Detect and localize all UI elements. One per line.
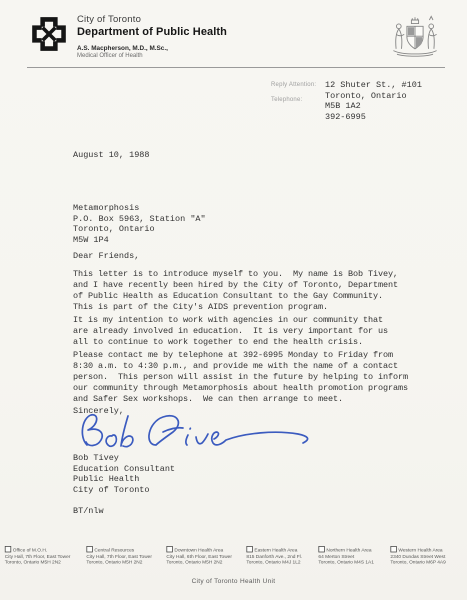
office-name: Downtown Health Area	[174, 548, 223, 553]
typist-initials: BT/nlw	[73, 506, 104, 516]
checkbox-icon	[166, 546, 172, 552]
scanned-letter-page: City of Toronto Department of Public Hea…	[0, 0, 467, 600]
paragraph-1: This letter is to introduce myself to yo…	[73, 269, 398, 313]
sender-address: 12 Shuter St., #101 Toronto, Ontario M5B…	[325, 80, 422, 122]
footer-office: Central Resources City Hall, 7th Floor, …	[86, 546, 164, 566]
office-name: Eastern Health Area	[254, 548, 297, 553]
office-address: 64 Merton Street Toronto, Ontario M4S 1A…	[318, 555, 396, 567]
paragraph-2: It is my intention to work with agencies…	[73, 315, 388, 348]
office-address: 815 Danforth Ave., 2nd Fl. Toronto, Onta…	[246, 555, 324, 567]
letterhead-officer-name: A.S. Macpherson, M.D., M.Sc.,	[77, 45, 227, 52]
footer-office: Eastern Health Area 815 Danforth Ave., 2…	[246, 546, 324, 566]
office-name: Office of M.O.H.	[13, 548, 47, 553]
office-address: City Hall, 7th Floor, East Tower Toronto…	[5, 555, 83, 567]
letterhead-department: Department of Public Health	[77, 26, 227, 38]
footer-office: Downtown Health Area City Hall, 6th Floo…	[166, 546, 244, 566]
handwritten-signature	[70, 405, 325, 455]
footer-office-list: Office of M.O.H. City Hall, 7th Floor, E…	[0, 546, 467, 578]
office-address: City Hall, 7th Floor, East Tower Toronto…	[86, 555, 164, 567]
checkbox-icon	[86, 546, 92, 552]
letterhead-city: City of Toronto	[77, 14, 227, 25]
checkbox-icon	[390, 546, 396, 552]
office-name: Western Health Area	[398, 548, 442, 553]
office-address: 2340 Dundas Street West Toronto, Ontario…	[390, 555, 467, 567]
letter-date: August 10, 1988	[73, 150, 150, 160]
checkbox-icon	[5, 546, 11, 552]
footer-unit-name: City of Toronto Health Unit	[0, 578, 467, 585]
salutation: Dear Friends,	[73, 251, 139, 261]
header-divider	[27, 67, 445, 68]
footer-office: Office of M.O.H. City Hall, 7th Floor, E…	[5, 546, 83, 566]
telephone-label: Telephone:	[271, 97, 302, 103]
public-health-pinwheel-icon	[29, 13, 69, 55]
reply-attention-label: Reply Attention:	[271, 82, 316, 88]
paragraph-3: Please contact me by telephone at 392-69…	[73, 350, 408, 405]
office-address: City Hall, 6th Floor, East Tower Toronto…	[166, 555, 244, 567]
signer-block: Bob Tivey Education Consultant Public He…	[73, 453, 175, 495]
office-name: Northern Health Area	[326, 548, 371, 553]
office-name: Central Resources	[94, 548, 134, 553]
letterhead-officer-title: Medical Officer of Health	[77, 53, 227, 59]
checkbox-icon	[318, 546, 324, 552]
toronto-coat-of-arms-icon	[388, 12, 442, 64]
footer-office: Northern Health Area 64 Merton Street To…	[318, 546, 396, 566]
checkbox-icon	[246, 546, 252, 552]
recipient-address: Metamorphosis P.O. Box 5963, Station "A"…	[73, 203, 206, 245]
letterhead: City of Toronto Department of Public Hea…	[77, 14, 227, 59]
footer-office: Western Health Area 2340 Dundas Street W…	[390, 546, 467, 566]
